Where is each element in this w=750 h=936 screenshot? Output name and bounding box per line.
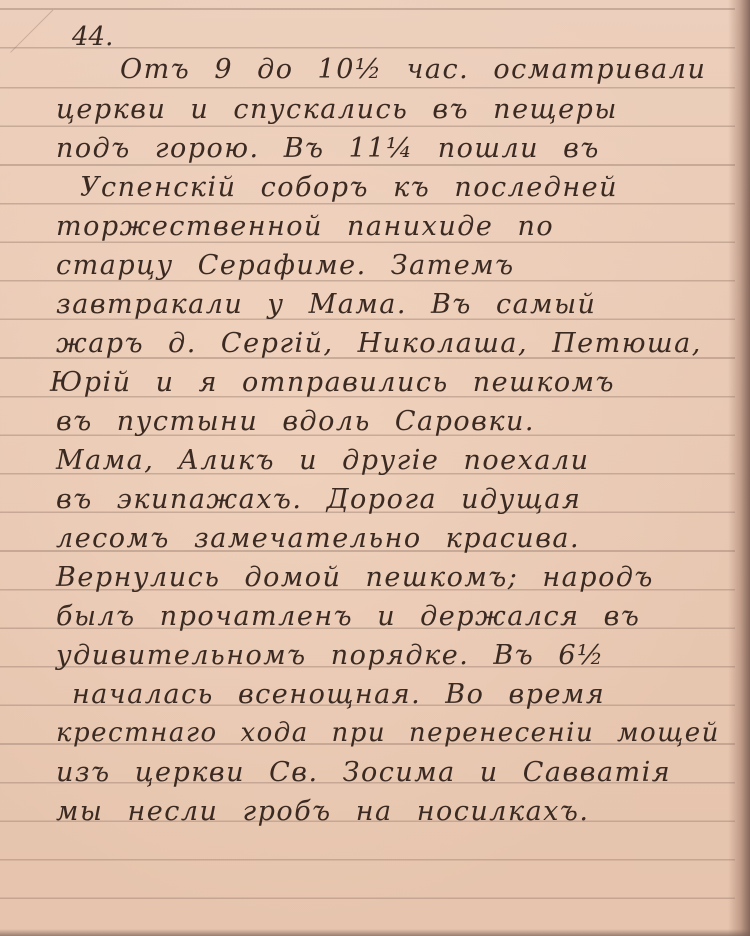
text-line-10: въ пустыни вдоль Саровки. xyxy=(56,408,535,435)
text-line-11: Мама, Аликъ и другіе поехали xyxy=(56,447,590,474)
text-line-3: подъ горою. Въ 11¼ пошли въ xyxy=(56,135,600,162)
text-line-12: въ экипажахъ. Дорога идущая xyxy=(56,486,581,513)
text-line-17: началась всенощная. Во время xyxy=(72,681,605,708)
text-line-15: былъ прочатленъ и держался въ xyxy=(56,603,640,630)
text-line-19: изъ церкви Св. Зосима и Савватія xyxy=(56,759,671,786)
text-line-14: Вернулись домой пешкомъ; народъ xyxy=(56,564,654,591)
page-number: 44. xyxy=(72,22,113,52)
text-line-8: жаръ д. Сергій, Николаша, Петюша, xyxy=(56,330,702,357)
page-bottom-edge xyxy=(0,929,750,936)
binding-shadow xyxy=(728,0,750,936)
text-line-9: Юрій и я отправились пешкомъ xyxy=(50,369,615,396)
text-line-1: Отъ 9 до 10½ час. осматривали xyxy=(120,56,706,83)
text-line-13: лесомъ замечательно красива. xyxy=(56,525,580,552)
text-line-7: завтракали у Мама. Въ самый xyxy=(56,291,596,318)
text-line-2: церкви и спускались въ пещеры xyxy=(56,96,618,123)
text-line-6: старцу Серафиме. Затемъ xyxy=(56,252,515,279)
diary-page: 44. Отъ 9 до 10½ час. осматривали церкви… xyxy=(0,0,750,936)
text-line-4: Успенскій соборъ къ последней xyxy=(80,174,618,201)
text-line-20: мы несли гробъ на носилкахъ. xyxy=(56,798,589,825)
text-line-16: удивительномъ порядке. Въ 6½ xyxy=(56,642,605,669)
text-line-18: крестнаго хода при перенесеніи мощей xyxy=(56,720,720,746)
text-line-5: торжественной панихиде по xyxy=(56,213,554,240)
